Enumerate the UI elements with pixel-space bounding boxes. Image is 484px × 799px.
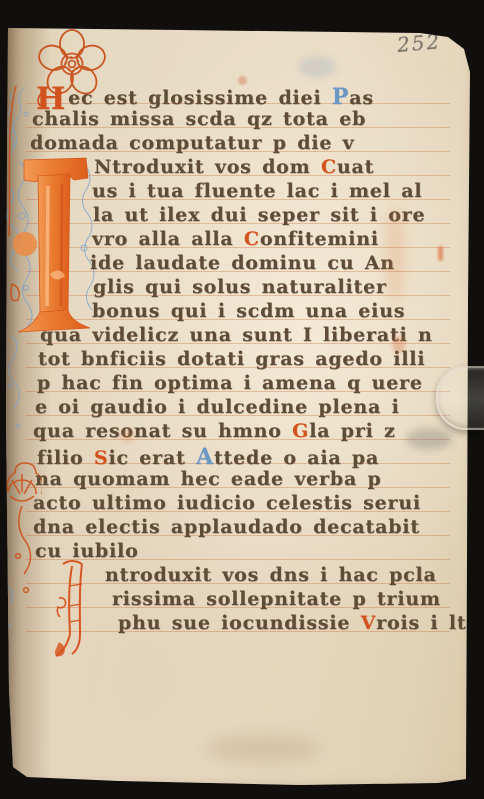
manuscript-line: qua resonat su hmno Gla pri z — [30, 420, 454, 444]
manuscript-line: us i tua fluente lac i mel al — [30, 180, 454, 204]
text-segment: ic erat — [108, 447, 196, 469]
text-segment: P — [332, 84, 349, 110]
text-segment: Ntroduxit vos dom — [94, 156, 321, 178]
text-segment: dna electis applaudado decatabit — [33, 516, 420, 538]
text-segment: A — [196, 444, 214, 470]
text-segment: C — [321, 156, 337, 178]
text-segment: rois i ltz — [376, 612, 478, 634]
text-segment: uat — [337, 156, 374, 178]
text-block: Hec est glosissime diei Paschalis missa … — [30, 84, 454, 636]
text-segment: vro alla alla — [92, 228, 244, 250]
stain — [205, 736, 320, 762]
text-segment: chalis missa scda qz tota eb — [32, 108, 366, 130]
text-segment: na quomam hec eade verba p — [35, 468, 382, 490]
manuscript-line: ide laudate dominu cu An — [30, 252, 454, 276]
text-segment: onfitemini — [260, 228, 379, 250]
manuscript-line: glis qui solus naturaliter — [30, 276, 454, 300]
text-segment: G — [292, 420, 309, 442]
manuscript-line: Ntroduxit vos dom Cuat — [30, 156, 454, 180]
text-segment: ntroduxit vos dns i hac pcla — [105, 564, 437, 586]
manuscript-line: la ut ilex dui seper sit i ore — [30, 204, 454, 228]
manuscript-line: domada computatur p die v — [30, 132, 454, 156]
manuscript-line: phu sue iocundissie Vrois i ltz — [30, 612, 454, 636]
text-segment: qua resonat su hmno — [33, 420, 292, 442]
text-segment: V — [361, 612, 377, 634]
manuscript-line: filio Sic erat Attede o aia pa — [30, 444, 454, 468]
manuscript-line: dna electis applaudado decatabit — [30, 516, 454, 540]
text-segment: S — [94, 447, 109, 469]
manuscript-line: chalis missa scda qz tota eb — [30, 108, 454, 132]
text-segment: C — [244, 228, 260, 250]
text-segment: tot bnficiis dotati gras agedo illi — [38, 348, 425, 370]
manuscript-photo: Hec est glosissime diei Paschalis missa … — [0, 0, 484, 799]
text-segment: us i tua fluente lac i mel al — [92, 180, 422, 202]
text-segment: as — [349, 87, 374, 109]
text-segment: p hac fin optima i amena q uere — [37, 372, 423, 394]
stain — [298, 56, 336, 78]
text-segment: la ut ilex dui seper sit i ore — [93, 204, 425, 226]
text-segment: filio — [37, 447, 94, 469]
manuscript-line: vro alla alla Confitemini — [30, 228, 454, 252]
page-holder-clip — [436, 366, 484, 430]
text-segment: ec est glosissime diei — [68, 87, 332, 109]
manuscript-line: tot bnficiis dotati gras agedo illi — [30, 348, 454, 372]
manuscript-line: cu iubilo — [30, 540, 454, 564]
manuscript-line: Hec est glosissime diei Pas — [30, 84, 454, 108]
manuscript-line: bonus qui i scdm una eius — [30, 300, 454, 324]
page-number: 252 — [396, 29, 442, 57]
text-segment: la pri z — [309, 420, 395, 442]
manuscript-line: rissima sollepnitate p trium — [30, 588, 454, 612]
text-segment: phu sue iocundissie — [118, 612, 361, 634]
manuscript-line: e oi gaudio i dulcedine plena i — [30, 396, 454, 420]
text-segment: ide laudate dominu cu An — [90, 252, 395, 274]
text-segment: e oi gaudio i dulcedine plena i — [35, 396, 400, 418]
text-segment: bonus qui i scdm una eius — [92, 300, 405, 322]
manuscript-line: p hac fin optima i amena q uere — [30, 372, 454, 396]
manuscript-line: na quomam hec eade verba p — [30, 468, 454, 492]
manuscript-line: acto ultimo iudicio celestis serui — [30, 492, 454, 516]
parchment-page: Hec est glosissime diei Paschalis missa … — [0, 0, 484, 799]
text-segment: cu iubilo — [35, 540, 139, 562]
text-segment: rissima sollepnitate p trium — [112, 588, 441, 610]
manuscript-line: ntroduxit vos dns i hac pcla — [30, 564, 454, 588]
text-segment: glis qui solus naturaliter — [93, 276, 387, 298]
text-segment: acto ultimo iudicio celestis serui — [33, 492, 421, 514]
text-segment: qua videlicz una sunt I liberati n — [40, 324, 433, 346]
text-segment: domada computatur p die v — [30, 132, 354, 154]
text-segment: ttede o aia pa — [214, 447, 379, 469]
manuscript-line: qua videlicz una sunt I liberati n — [30, 324, 454, 348]
